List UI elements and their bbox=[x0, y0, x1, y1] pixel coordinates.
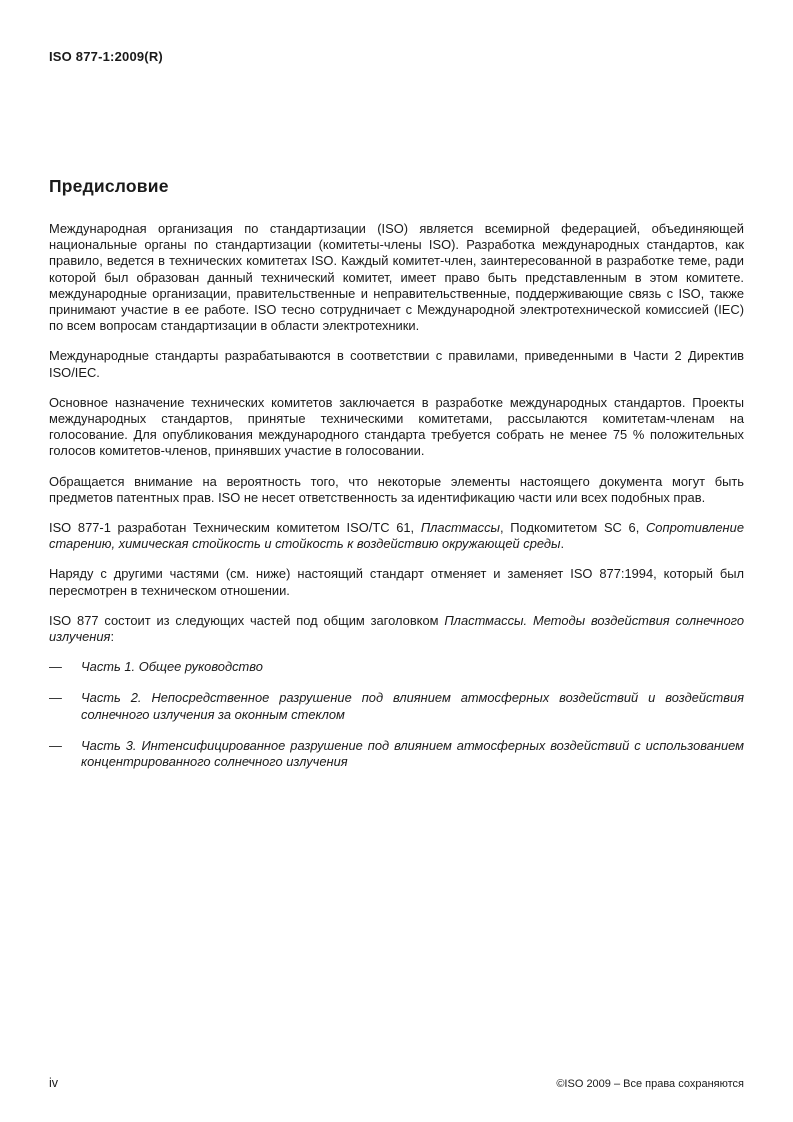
text-run: ISO 877 состоит из следующих частей под … bbox=[49, 613, 444, 628]
foreword-body: Международная организация по стандартиза… bbox=[49, 221, 744, 770]
text-run: Обращается внимание на вероятность того,… bbox=[49, 474, 744, 505]
paragraph: Международные стандарты разрабатываются … bbox=[49, 348, 744, 380]
paragraph: Наряду с другими частями (см. ниже) наст… bbox=[49, 566, 744, 598]
text-run: . bbox=[561, 536, 565, 551]
copyright-notice: ©ISO 2009 – Все права сохраняются bbox=[556, 1078, 744, 1090]
text-run: ISO 877-1 разработан Техническим комитет… bbox=[49, 520, 421, 535]
page-footer: iv ©ISO 2009 – Все права сохраняются bbox=[49, 1076, 744, 1090]
list-item-text: Часть 1. Общее руководство bbox=[81, 659, 263, 674]
document-page: ISO 877-1:2009(R) Предисловие Международ… bbox=[0, 0, 793, 1122]
text-run: Международная организация по стандартиза… bbox=[49, 221, 744, 333]
paragraph: Основное назначение технических комитето… bbox=[49, 395, 744, 460]
text-run: : bbox=[110, 629, 114, 644]
paragraph: Международная организация по стандартиза… bbox=[49, 221, 744, 334]
list-dash-marker: — bbox=[49, 659, 62, 675]
italic-text-run: Пластмассы bbox=[421, 520, 500, 535]
page-title: Предисловие bbox=[49, 176, 744, 197]
list-item-text: Часть 3. Интенсифицированное разрушение … bbox=[81, 738, 744, 769]
text-run: Международные стандарты разрабатываются … bbox=[49, 348, 744, 379]
paragraph: ISO 877-1 разработан Техническим комитет… bbox=[49, 520, 744, 552]
list-item: —Часть 2. Непосредственное разрушение по… bbox=[49, 690, 744, 722]
italic-text-run: Часть 1. Общее руководство bbox=[81, 659, 263, 674]
paragraph: Обращается внимание на вероятность того,… bbox=[49, 474, 744, 506]
list-dash-marker: — bbox=[49, 690, 62, 706]
text-run: Основное назначение технических комитето… bbox=[49, 395, 744, 459]
italic-text-run: Часть 3. Интенсифицированное разрушение … bbox=[81, 738, 744, 769]
page-number: iv bbox=[49, 1076, 58, 1090]
text-run: , Подкомитетом SC 6, bbox=[500, 520, 646, 535]
paragraph: ISO 877 состоит из следующих частей под … bbox=[49, 613, 744, 645]
list-item: —Часть 1. Общее руководство bbox=[49, 659, 744, 675]
list-item-text: Часть 2. Непосредственное разрушение под… bbox=[81, 690, 744, 721]
list-dash-marker: — bbox=[49, 738, 62, 754]
list-item: —Часть 3. Интенсифицированное разрушение… bbox=[49, 738, 744, 770]
text-run: Наряду с другими частями (см. ниже) наст… bbox=[49, 566, 744, 597]
running-header: ISO 877-1:2009(R) bbox=[49, 49, 744, 64]
italic-text-run: Часть 2. Непосредственное разрушение под… bbox=[81, 690, 744, 721]
